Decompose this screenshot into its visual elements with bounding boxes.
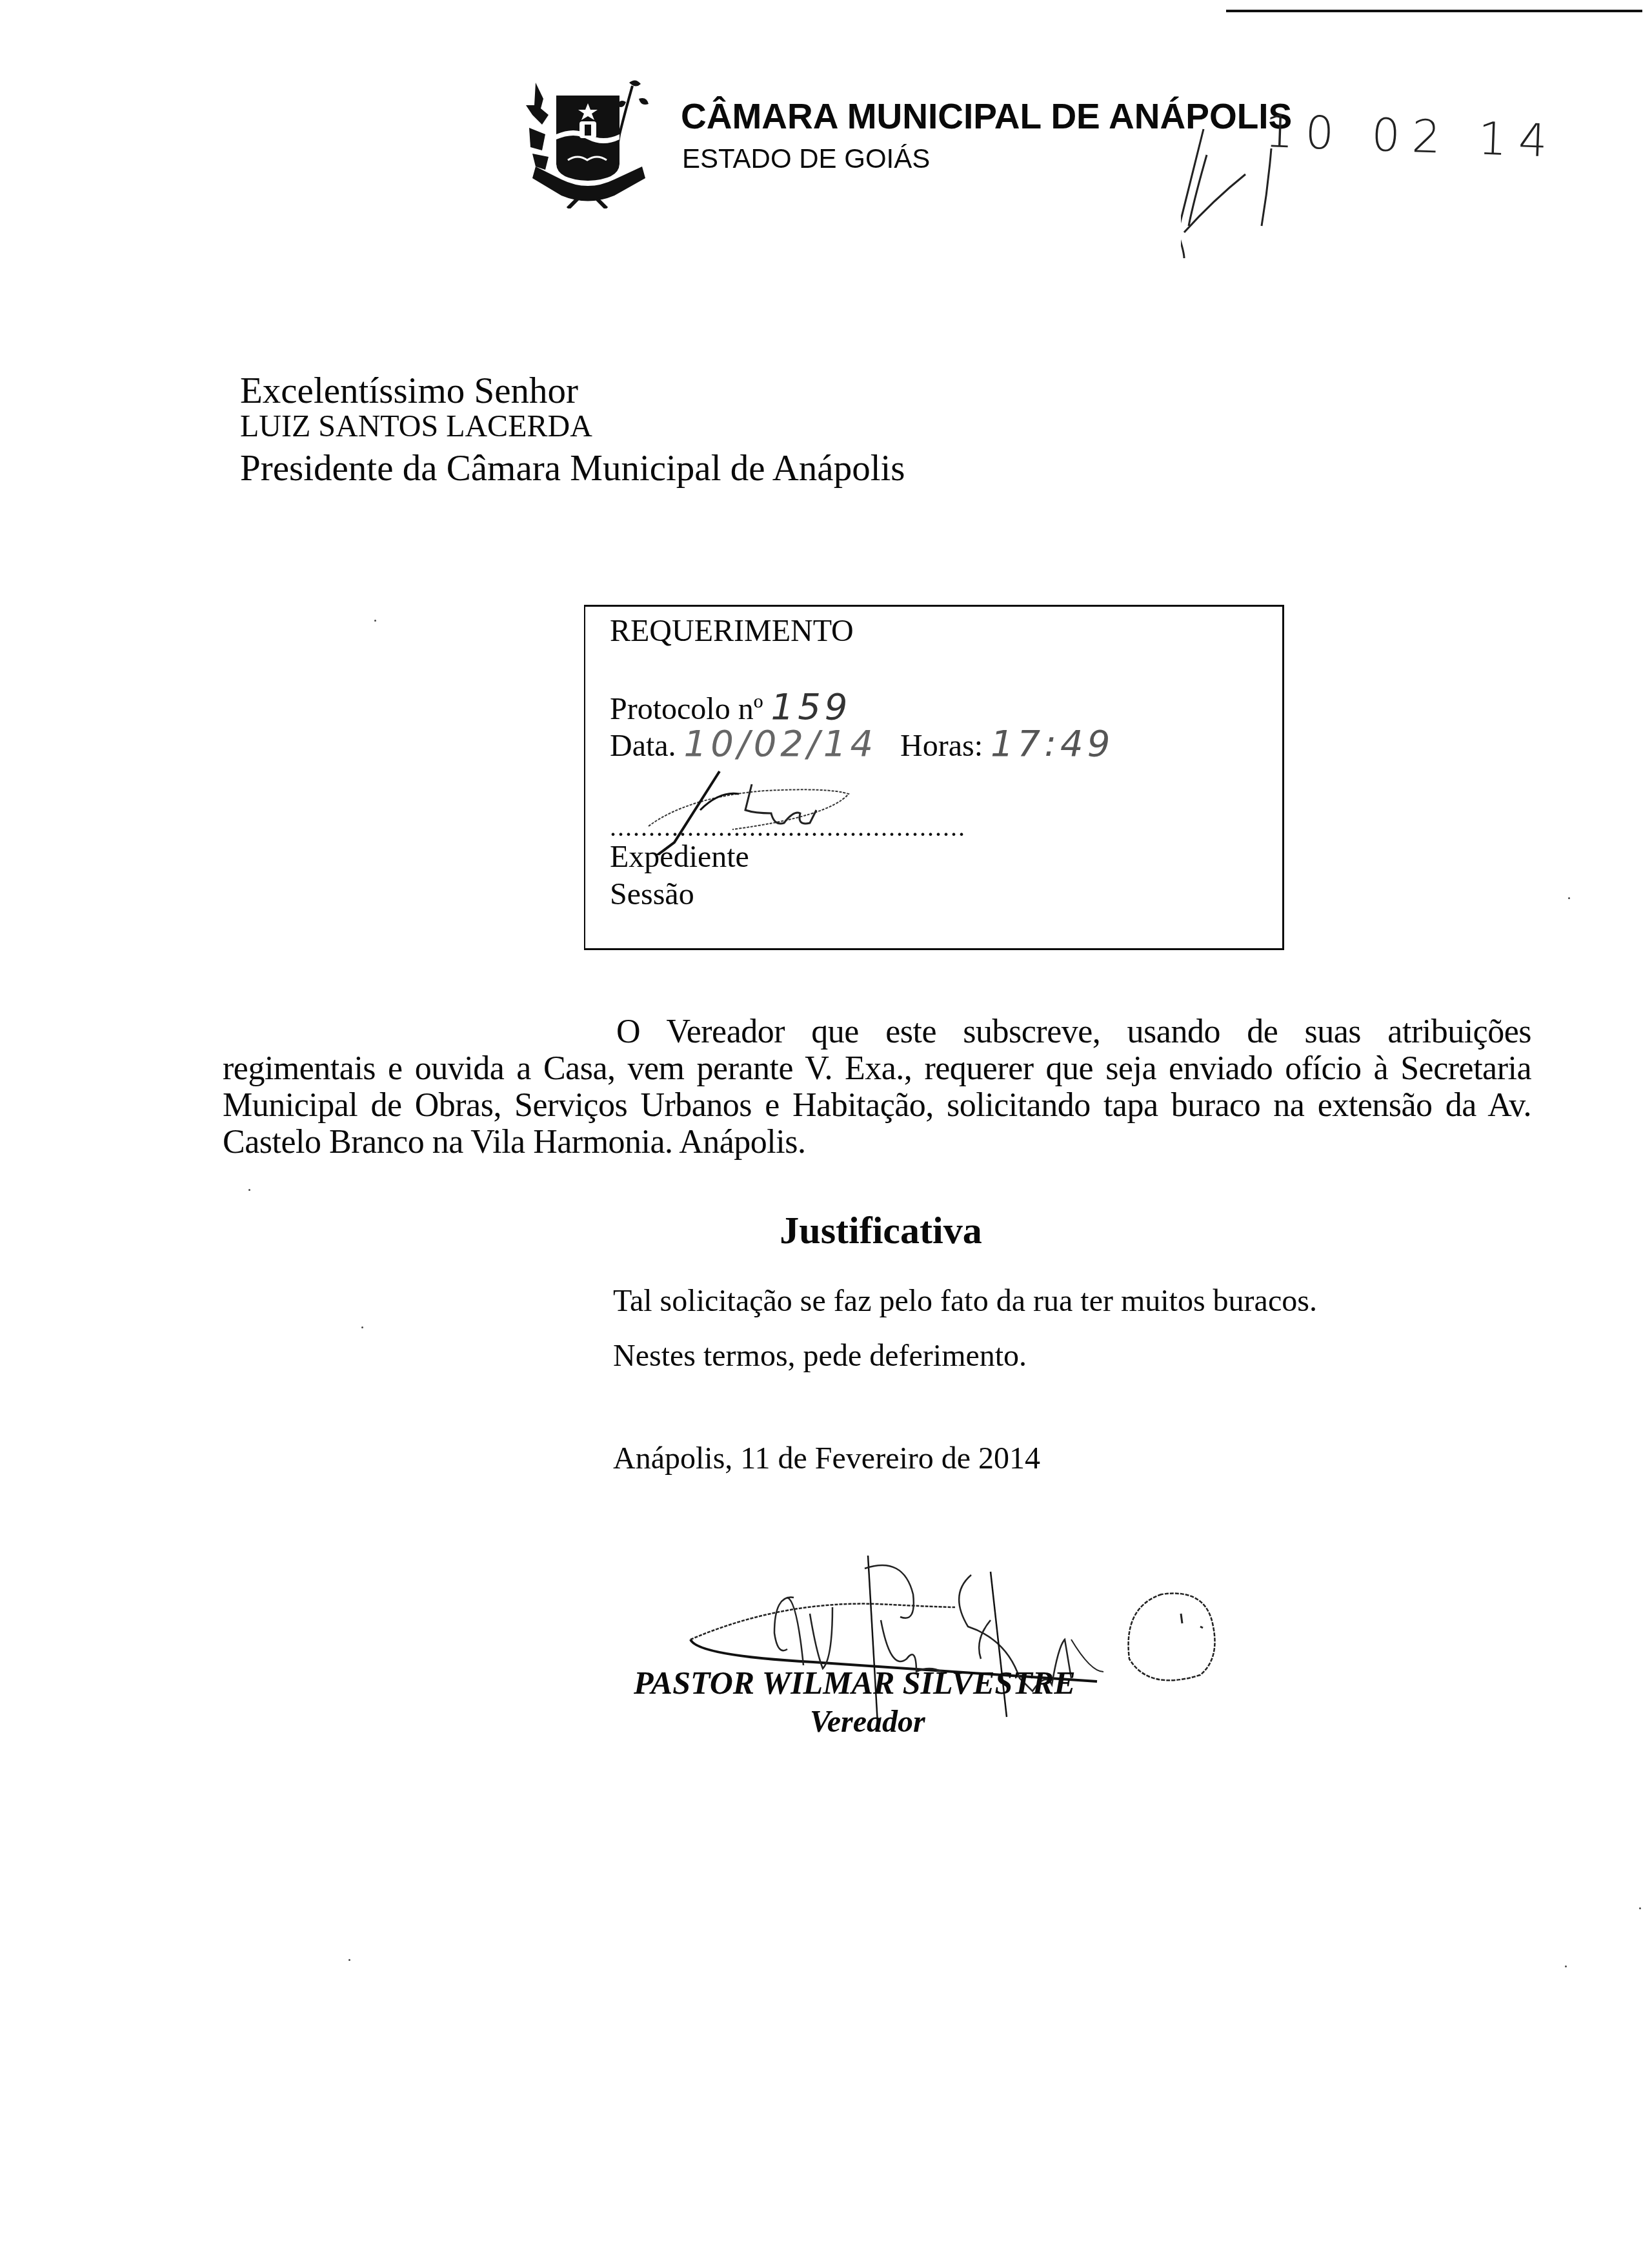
scan-speck [248, 1189, 250, 1191]
signer-name: PASTOR WILMAR SILVESTRE [634, 1664, 1076, 1701]
date-label: Data. [610, 729, 676, 763]
protocol-number: 159 [771, 686, 852, 728]
scan-speck [1639, 1907, 1641, 1909]
justification-text: Tal solicitação se faz pelo fato da rua … [613, 1283, 1317, 1319]
scan-speck [348, 1959, 350, 1961]
request-paragraph: O Vereador que este subscreve, usando de… [223, 1013, 1531, 1161]
scan-speck [374, 620, 376, 622]
stamp-date: Data. 10/02/14 [610, 723, 877, 765]
stamp-expediente: Expediente [610, 839, 749, 875]
addressee-title: Presidente da Câmara Municipal de Anápol… [240, 447, 905, 489]
handwritten-signature [684, 1543, 1316, 1736]
coat-of-arms-icon [516, 70, 655, 208]
scan-speck [361, 1326, 363, 1328]
stamp-time: Horas: 17:49 [900, 723, 1114, 765]
scan-speck [1565, 1965, 1567, 1967]
scan-edge-line [1226, 10, 1642, 12]
stamp-sessao: Sessão [610, 877, 694, 912]
stamp-protocol: Protocolo nº 159 [610, 686, 851, 728]
addressee-salutation: Excelentíssimo Senhor [240, 370, 578, 412]
justification-heading: Justificativa [0, 1208, 1652, 1253]
scan-speck [1568, 897, 1570, 899]
closing-text: Nestes termos, pede deferimento. [613, 1338, 1027, 1374]
addressee-name: LUIZ SANTOS LACERDA [240, 409, 592, 444]
date-value: 10/02/14 [684, 723, 878, 765]
time-value: 17:49 [991, 723, 1114, 765]
handwritten-date: 10 02 14 [1264, 105, 1560, 168]
stamp-signature-line: ........................................… [610, 812, 966, 842]
time-label: Horas: [900, 729, 983, 763]
request-text: O Vereador que este subscreve, usando de… [223, 1013, 1531, 1161]
organization-state: ESTADO DE GOIÁS [682, 143, 930, 174]
place-and-date: Anápolis, 11 de Fevereiro de 2014 [613, 1441, 1040, 1476]
protocol-label: Protocolo nº [610, 692, 763, 726]
signer-role: Vereador [810, 1704, 925, 1740]
stamp-title: REQUERIMENTO [610, 613, 854, 649]
